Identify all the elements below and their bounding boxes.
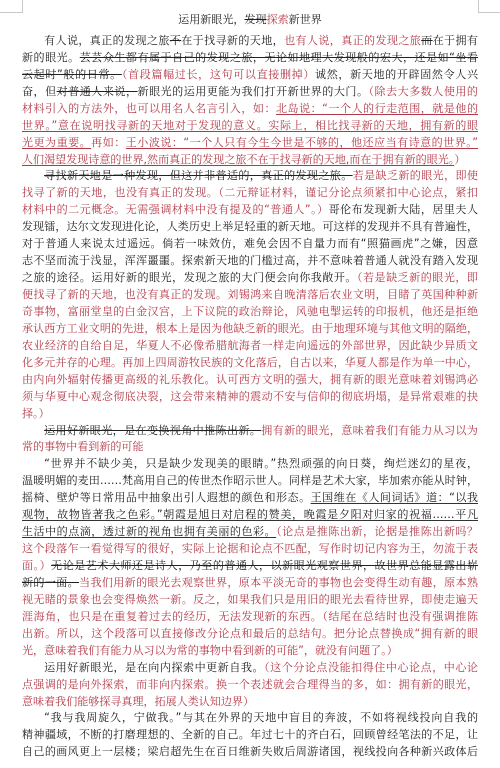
review-comment: 点强调的是向外探索，而非向内探索。换一个表述就会合理得当的多，如：拥有新的眼光， — [22, 678, 478, 691]
text-line: 云起时”般的日常。（首段篇幅过长，这句可以直接删掉）诚然，新天地的开辟固然令人兴 — [22, 67, 478, 84]
text-line: 光更为重要。再如：王小波说：“一个人只有今生今世是不够的，他还应当有诗意的世界。… — [22, 135, 478, 152]
body-text: 在于拥有 — [433, 34, 478, 47]
text-line: 这个段落乍一看觉得写的很好，实际上论据和论点不匹配，写作时切记内容为王，勿流于表 — [22, 541, 478, 558]
review-comment: 便找寻了新的天地，也没有真正的发现。刘锡鸿来自晚清落后农业文明，目睹了英国种种新 — [22, 288, 478, 301]
review-comment: ） — [454, 153, 465, 166]
review-comment: （首段篇幅过长，这句可以直接删掉） — [122, 68, 315, 81]
paragraph-intro: 有人说，真正的发现之旅不在于找寻新的天地，也有人说，真正的发现之旅而在于拥有 新… — [22, 33, 478, 169]
text-line: 光，意味着我们有能力从习以为常的事物中看到新的可能”，就没有问题了。） — [22, 643, 478, 660]
body-text: 在于找寻新的天地， — [181, 34, 284, 47]
text-line: 农业经济的自给自足，华夏人不必像希腊航海者一样走向遥远的外部世界，因此缺少异质文 — [22, 338, 478, 355]
body-text: 摇椅、壁炉等日常用品中抽象出引人遐想的颜色和形态。 — [22, 491, 311, 504]
deleted-text: 寻找新天地是一种发现，但这并非普适的，真正的发现之旅。 — [44, 169, 353, 182]
review-comment: （除去大多数人使用的 — [369, 85, 478, 98]
text-line: 运用好新眼光，是在向内探索中更新自我。（这个分论点没能扣得住中心论点，中心论 — [22, 660, 478, 677]
review-comment: 奇事物，富丽堂皇的白金汉宫，上下议院的政治辩论，风驰电掣运转的印报机，他还是拒绝 — [22, 305, 478, 318]
review-comment: 再如： — [91, 136, 126, 149]
review-comment: 承认西方工业文明的先进，根本上是因为他缺乏新的眼光。由于地理环境与其他文明的隔绝… — [22, 322, 478, 335]
inserted-text: 常的事物中看到新的可能 — [22, 440, 144, 453]
inserted-text: 若是缺乏新的眼光，即使 — [353, 169, 478, 182]
text-line: “我与我周旋久，宁做我。”与其在外界的天地中盲目的奔波，不如将视线投向自我的 — [22, 710, 478, 727]
underlined-text: 生活中的点滴，透过新的视角也拥有美丽的色彩。 — [22, 525, 276, 538]
body-text: 诚然，新天地的开辟固然令人兴 — [315, 68, 478, 81]
review-comment: 这个段落乍一看觉得写的很好，实际上论据和论点不匹配，写作时切记内容为王，勿流于表 — [22, 542, 478, 555]
text-line: 世界。”意在说明找寻新的天地对于发现的意义。实际上，相比找寻新的天地，拥有新的眼 — [22, 118, 478, 135]
text-line: 志不坚而流于浅显，浑浑噩噩。探索新天地的门槛过高，并不意味着普通人就没有踏入发现 — [22, 253, 478, 270]
review-comment: 材料中的二元概念。无需强调材料中没有提及的“普通人”。） — [22, 203, 329, 216]
review-comment: 材料引入的方法外，也可以用名人名言引入，如： — [22, 102, 276, 115]
text-line: 承认西方工业文明的先进，根本上是因为他缺乏新的眼光。由于地理环境与其他文明的隔绝… — [22, 321, 478, 338]
text-line: 点强调的是向外探索，而非向内探索。换一个表述就会合理得当的多，如：拥有新的眼光， — [22, 677, 478, 694]
deleted-text: 新的一面。 — [22, 576, 79, 589]
inserted-text: 涯海角，也只是在重复着过去的经历，无法发现新的东西。 — [22, 610, 322, 623]
inserted-text: 拥有新的眼光，意味着我们有能力从习以为 — [261, 424, 478, 437]
text-line: 常的事物中看到新的可能 — [22, 439, 478, 456]
text-line: 新的一面。当我们用新的眼光去观察世界，原本平淡无奇的事物也会变得生动有趣，原本熟 — [22, 575, 478, 592]
deleted-text: 而 — [421, 34, 432, 47]
text-line: 出新。所以，这个段落可以直接修改分论点和最后的总结句。把分论点替换成“拥有新的眼 — [22, 626, 478, 643]
text-line: 生活中的点滴，透过新的视角也拥有美丽的色彩。（论点是推陈出新，论据是推陈出新吗？ — [22, 524, 478, 541]
underlined-comment: 世界。”意在说明找寻新的天地对于发现的意义。实际上，相比找寻新的天地，拥有新的眼 — [22, 119, 478, 132]
text-line: 面。）无论是艺术大师还是诗人，乃至的普通人，以新眼光观察世界，故世界总能显露出崭 — [22, 558, 478, 575]
review-comment: 由内向外辐射传播更高级的礼乐教化。认可西方文明的强大，拥有新的眼光意味着刘锡鸿必 — [22, 373, 478, 386]
text-line: 新的眼光。芸芸众生都有属于自己的发现之旅，无论如地理大发现般的宏大，还是如“坐看 — [22, 50, 478, 67]
review-comment: 出新。所以，这个段落可以直接修改分论点和最后的总结句。把分论点替换成“拥有新的眼 — [22, 627, 478, 640]
underlined-text: 王国维在《人间词话》道：“以我 — [311, 491, 478, 504]
text-line: 观物，故物皆著我之色彩。”朝霞是旭日对启程的赞美，晚霞是夕阳对归家的祝福……平凡 — [22, 507, 478, 524]
text-line: 温暖明媚的麦田……梵高用自己的传世杰作昭示世人。同样是艺术大家，毕加索亦能从时钟… — [22, 473, 478, 490]
text-line: 摇椅、壁炉等日常用品中抽象出引人遐想的颜色和形态。王国维在《人间词话》道：“以我 — [22, 490, 478, 507]
review-comment: 择。） — [22, 407, 50, 420]
body-text: 温暖明媚的麦田……梵高用自己的传世杰作昭示世人。同样是艺术大家，毕加索亦能从时钟… — [22, 474, 478, 487]
text-line: 对于普通人来说太过遥远。倘若一味效仿，难免会因不自量力而有“照猫画虎”之嫌，因意 — [22, 236, 478, 253]
text-line: 发现镭，达尔文发现进化论，人类历史上举足轻重的新天地。可这样的发现并不具有普遍性… — [22, 219, 478, 236]
paragraph-subpoint-3: 运用好新眼光，是在向内探索中更新自我。（这个分论点没能扣得住中心论点，中心论 点… — [22, 660, 478, 711]
text-line: 运用好新眼光，是在变换视角中推陈出新。拥有新的眼光，意味着我们有能力从习以为 — [22, 423, 478, 440]
review-comment: 农业经济的自给自足，华夏人不必像希腊航海者一样走向遥远的外部世界，因此缺少异质文 — [22, 339, 478, 352]
text-line: 由内向外辐射传播更高级的礼乐教化。认可西方文明的强大，拥有新的眼光意味着刘锡鸿必 — [22, 372, 478, 389]
deleted-text: 发现 — [244, 13, 266, 26]
deleted-text: 云起时”般的日常。 — [22, 68, 122, 81]
underlined-comment: 北岛说：“一个人的行走范围，就是他的 — [276, 102, 478, 115]
body-text: 发现镭，达尔文发现进化论，人类历史上举足轻重的新天地。可这样的发现并不具有普遍性… — [22, 220, 478, 233]
text-line: 奇事物，富丽堂皇的白金汉宫，上下议院的政治辩论，风驰电掣运转的印报机，他还是拒绝 — [22, 304, 478, 321]
text-line: 化多元并存的心理。再加上四周游牧民族的文化落后，自古以来，华夏人都是作为单一中心… — [22, 355, 478, 372]
review-comment: 须与华夏中心观念彻底决裂，这会带来精神的震动不安与信仰的彻底坍塌，是异常艰难的抉 — [22, 390, 478, 403]
body-text: 新眼光的运用更能为我们打开新世界的大门。 — [138, 85, 369, 98]
review-comment: （结尾在总结时也没有强调推陈 — [322, 610, 478, 623]
body-text: 精神疆域，不断的打磨理想的、全新的自己。年过七十的齐白石，回顾曾经笔法的不足，让 — [22, 728, 478, 741]
review-comment: 光，意味着我们有能力从习以为常的事物中看到新的可能”，就没有问题了。） — [22, 644, 398, 657]
underlined-comment: 人们渴望发现诗意的世界,然而真正的发现之旅不在于找寻新的天地,而在于拥有新的眼光… — [22, 153, 454, 166]
body-text: 运用好新眼光，是在向内探索中更新自我。 — [44, 661, 264, 674]
body-text: 运用新眼光， — [178, 13, 244, 26]
inserted-text: 当我们用新的眼光去观察世界，原本平淡无奇的事物也会变得生动有趣，原本熟 — [79, 576, 478, 589]
text-line: 便找寻了新的天地，也没有真正的发现。刘锡鸿来自晚清落后农业文明，目睹了英国种种新 — [22, 287, 478, 304]
text-line: 寻找新天地是一种发现，但这并非普适的，真正的发现之旅。若是缺乏新的眼光，即使 — [22, 168, 478, 185]
body-text: 新世界 — [289, 13, 322, 26]
deleted-text: 不 — [170, 34, 181, 47]
text-line: 择。） — [22, 406, 478, 423]
text-line: 人们渴望发现诗意的世界,然而真正的发现之旅不在于找寻新的天地,而在于拥有新的眼光… — [22, 152, 478, 169]
review-comment: （论点是推陈出新，论据是推陈出新吗？ — [276, 525, 478, 538]
body-text: “世界并不缺少美，只是缺少发现美的眼睛。”热烈顽强的向日葵，绚烂迷幻的星夜， — [44, 457, 478, 470]
crop-mark-top-left — [0, 0, 23, 13]
deleted-text: 运用好新眼光，是在变换视角中推陈出新。 — [44, 424, 261, 437]
deleted-text: 对普通人来说， — [57, 85, 138, 98]
review-comment: （这个分论点没能扣得住中心论点，中心论 — [264, 661, 478, 674]
deleted-text: 无论是艺术大师还是诗人，乃至的普通人，以新眼光观察世界，故世界总能显露出崭 — [51, 559, 478, 572]
paragraph-argument-3: “我与我周旋久，宁做我。”与其在外界的天地中盲目的奔波，不如将视线投向自我的 精… — [22, 710, 478, 761]
text-line: 精神疆域，不断的打磨理想的、全新的自己。年过七十的齐白石，回顾曾经笔法的不足，让 — [22, 727, 478, 744]
body-text: 对于普通人来说太过遥远。倘若一味效仿，难免会因不自量力而有“照猫画虎”之嫌，因意 — [22, 237, 478, 250]
text-line: 材料中的二元概念。无需强调材料中没有提及的“普通人”。）哥伦布发现新大陆，居里夫… — [22, 202, 478, 219]
underlined-comment: 光更为重要。 — [22, 136, 91, 149]
review-comment: （若是缺乏新的眼光，即 — [357, 271, 478, 284]
text-line: 意味着我们能够探寻真理，拓展人类认知边界） — [22, 694, 478, 711]
text-line: 之旅的途径。运用好新的眼光，发现之旅的大门便会向你我敞开。（若是缺乏新的眼光，即 — [22, 270, 478, 287]
inserted-text: 找寻了新的天地，也没有真正的发现。 — [22, 186, 218, 199]
body-text: “我与我周旋久，宁做我。”与其在外界的天地中盲目的奔波，不如将视线投向自我的 — [44, 711, 478, 724]
review-comment: （二元辩证材料，谨记分论点须紧扣中心论点，紧扣 — [218, 186, 478, 199]
review-comment: 意味着我们能够探寻真理，拓展人类认知边界） — [22, 695, 254, 708]
underlined-text: 观物，故物皆著我之色彩。”朝霞是旭日对启程的赞美，晚霞是夕阳对归家的祝福……平凡 — [22, 508, 478, 521]
text-line: 涯海角，也只是在重复着过去的经历，无法发现新的东西。（结尾在总结时也没有强调推陈 — [22, 609, 478, 626]
review-comment: 面。） — [22, 559, 51, 572]
text-line: 材料引入的方法外，也可以用名人名言引入，如：北岛说：“一个人的行走范围，就是他的 — [22, 101, 478, 118]
text-line: 自己的画风更上一层楼；梁启超先生在百日维新失败后周游诸国，视线投向各种新兴政体后 — [22, 744, 478, 761]
text-line: 奋，但对普通人来说，新眼光的运用更能为我们打开新世界的大门。（除去大多数人使用的 — [22, 84, 478, 101]
document-page: 运用新眼光，发现探索新世界 有人说，真正的发现之旅不在于找寻新的天地，也有人说，… — [22, 12, 478, 761]
body-text: 新的眼光。 — [22, 51, 80, 64]
text-line: 有人说，真正的发现之旅不在于找寻新的天地，也有人说，真正的发现之旅而在于拥有 — [22, 33, 478, 50]
text-line: “世界并不缺少美，只是缺少发现美的眼睛。”热烈顽强的向日葵，绚烂迷幻的星夜， — [22, 456, 478, 473]
body-text: 奋，但 — [22, 85, 57, 98]
body-text: 自己的画风更上一层楼；梁启超先生在百日维新失败后周游诸国，视线投向各种新兴政体后 — [22, 745, 478, 758]
inserted-text: 也有人说，真正的发现之旅 — [284, 34, 421, 47]
body-text: 有人说，真正的发现之旅 — [44, 34, 170, 47]
underlined-comment: 王小波说：“一个人只有今生今世是不够的，他还应当有诗意的世界。” — [126, 136, 478, 149]
inserted-text: 探索 — [267, 13, 289, 26]
crop-mark-top-right — [478, 0, 500, 13]
review-comment: 化多元并存的心理。再加上四周游牧民族的文化落后，自古以来，华夏人都是作为单一中心… — [22, 356, 478, 369]
body-text: 之旅的途径。运用好新的眼光，发现之旅的大门便会向你我敞开。 — [22, 271, 357, 284]
deleted-text: 芸芸众生都有属于自己的发现之旅，无论如地理大发现般的宏大，还是如“坐看 — [80, 51, 478, 64]
document-title: 运用新眼光，发现探索新世界 — [22, 12, 478, 29]
text-line: 视无睹的景象也会变得焕然一新。反之，如果我们只是用旧的眼光去看待世界，即使走遍天 — [22, 592, 478, 609]
paragraph-argument-1: 寻找新天地是一种发现，但这并非普适的，真正的发现之旅。若是缺乏新的眼光，即使 找… — [22, 168, 478, 422]
text-line: 找寻了新的天地，也没有真正的发现。（二元辩证材料，谨记分论点须紧扣中心论点，紧扣 — [22, 185, 478, 202]
body-text: 志不坚而流于浅显，浑浑噩噩。探索新天地的门槛过高，并不意味着普通人就没有踏入发现 — [22, 254, 478, 267]
body-text: 哥伦布发现新大陆，居里夫人 — [329, 203, 478, 216]
text-line: 须与华夏中心观念彻底决裂，这会带来精神的震动不安与信仰的彻底坍塌，是异常艰难的抉 — [22, 389, 478, 406]
inserted-text: 视无睹的景象也会变得焕然一新。反之，如果我们只是用旧的眼光去看待世界，即使走遍天 — [22, 593, 478, 606]
paragraph-argument-2: “世界并不缺少美，只是缺少发现美的眼睛。”热烈顽强的向日葵，绚烂迷幻的星夜， 温… — [22, 456, 478, 659]
paragraph-subpoint-2: 运用好新眼光，是在变换视角中推陈出新。拥有新的眼光，意味着我们有能力从习以为 常… — [22, 423, 478, 457]
